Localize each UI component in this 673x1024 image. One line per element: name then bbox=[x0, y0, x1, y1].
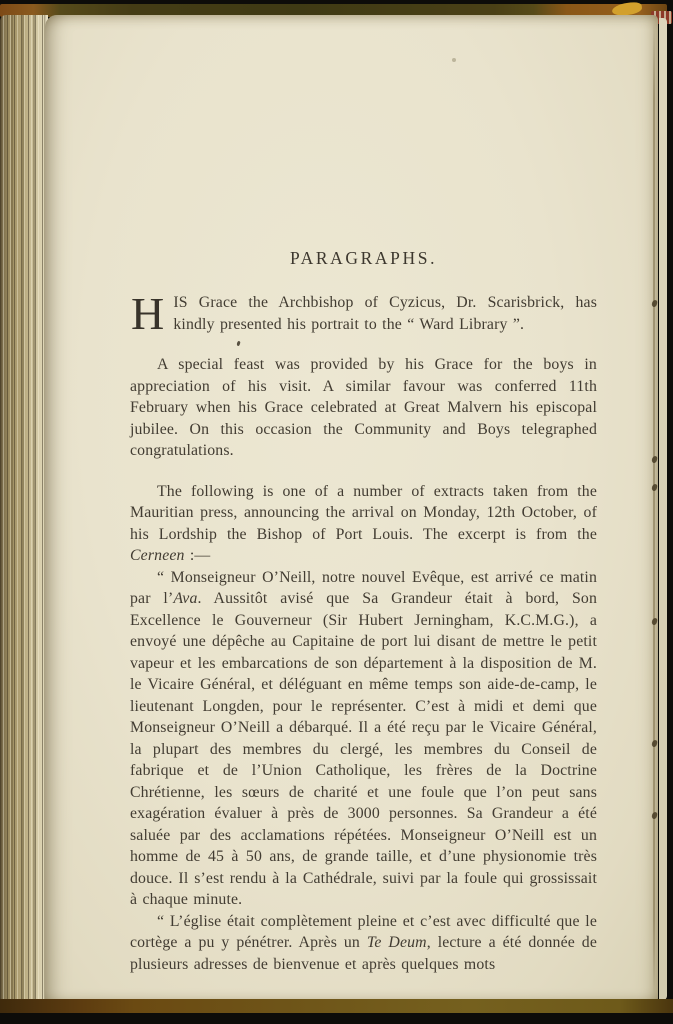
page-edge-tick bbox=[651, 739, 658, 747]
paragraph: A special feast was provided by his Grac… bbox=[130, 354, 597, 462]
page-stack-left-edge bbox=[0, 15, 48, 1007]
text-segment: The following is one of a number of extr… bbox=[130, 483, 597, 543]
drop-cap: H bbox=[130, 292, 173, 332]
screenshot-root: { "book": { "heading": "PARAGRAPHS.", "p… bbox=[0, 0, 673, 1024]
paragraph-group: HIS Grace the Archbishop of Cyzicus, Dr.… bbox=[130, 292, 597, 975]
italic-text-segment: Cerneen bbox=[130, 547, 185, 564]
paragraph: The following is one of a number of extr… bbox=[130, 481, 597, 567]
book-page: PARAGRAPHS. HIS Grace the Archbishop of … bbox=[45, 15, 658, 1002]
page-edge-tick bbox=[651, 483, 658, 491]
text-block: PARAGRAPHS. HIS Grace the Archbishop of … bbox=[130, 248, 597, 975]
page-edge-tick bbox=[651, 299, 658, 307]
paragraph: “ L’église était complètement pleine et … bbox=[130, 911, 597, 976]
book-cover-bottom-edge bbox=[0, 999, 673, 1013]
text-segment: :— bbox=[185, 547, 211, 564]
page-heading: PARAGRAPHS. bbox=[130, 248, 597, 269]
page-edge-tick bbox=[651, 455, 658, 463]
fore-edge-sliver bbox=[659, 18, 667, 1000]
text-segment: . Aussitôt avisé que Sa Grandeur était à… bbox=[130, 590, 597, 908]
text-segment: IS Grace the Archbishop of Cyzicus, Dr. … bbox=[173, 294, 597, 333]
open-book-photo: PARAGRAPHS. HIS Grace the Archbishop of … bbox=[0, 0, 673, 1024]
paragraph: HIS Grace the Archbishop of Cyzicus, Dr.… bbox=[130, 292, 597, 335]
text-segment: A special feast was provided by his Grac… bbox=[130, 356, 597, 459]
paper-speck bbox=[452, 58, 456, 62]
page-edge-tick bbox=[651, 811, 658, 819]
page-edge-tick bbox=[651, 617, 658, 625]
italic-text-segment: Te Deum bbox=[367, 934, 427, 951]
paragraph: “ Monseigneur O’Neill, notre nouvel Evêq… bbox=[130, 567, 597, 911]
italic-text-segment: Ava bbox=[173, 590, 197, 607]
right-crease-line bbox=[653, 21, 655, 996]
